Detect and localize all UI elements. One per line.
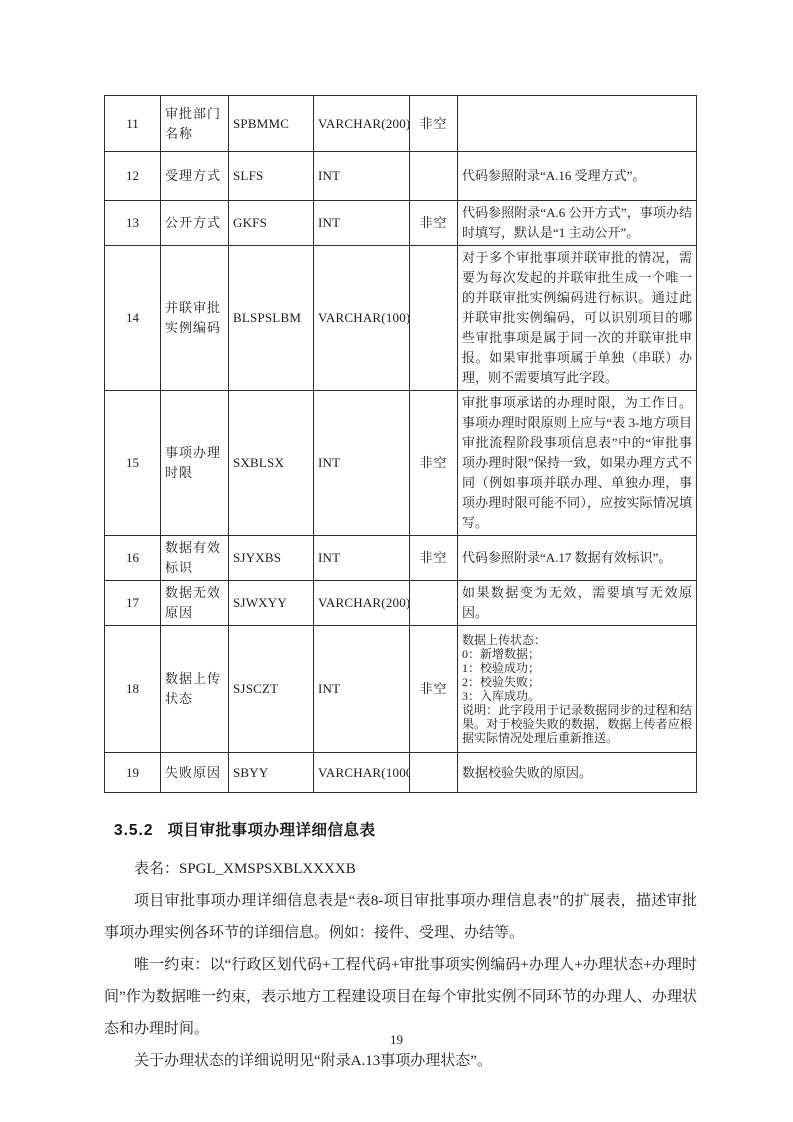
field-description [458, 96, 697, 152]
field-name: 事项办理时限 [161, 391, 229, 536]
field-required: 非空 [410, 626, 458, 753]
field-description: 对于多个审批事项并联审批的情况，需要为每次发起的并联审批生成一个唯一的并联审批实… [458, 246, 697, 391]
table-row: 18 数据上传状态 SJSCZT INT 非空 数据上传状态： 0：新增数据； … [105, 626, 697, 753]
field-description: 代码参照附录“A.16 受理方式”。 [458, 152, 697, 201]
field-name: 公开方式 [161, 201, 229, 246]
field-code: SXBLSX [229, 391, 314, 536]
field-type: VARCHAR(200) [314, 581, 410, 626]
page-number: 19 [0, 1032, 793, 1048]
section-title: 项目审批事项办理详细信息表 [167, 822, 375, 839]
field-code: GKFS [229, 201, 314, 246]
field-name: 并联审批实例编码 [161, 246, 229, 391]
page-content: 11 审批部门名称 SPBMMC VARCHAR(200) 非空 12 受理方式… [104, 95, 697, 1077]
field-type: INT [314, 201, 410, 246]
field-required: 非空 [410, 96, 458, 152]
field-name: 数据有效标识 [161, 536, 229, 581]
paragraph: 关于办理状态的详细说明见“附录A.13事项办理状态”。 [104, 1045, 697, 1077]
table-row: 11 审批部门名称 SPBMMC VARCHAR(200) 非空 [105, 96, 697, 152]
field-description: 审批事项承诺的办理时限，为工作日。事项办理时限原则上应与“表 3-地方项目审批流… [458, 391, 697, 536]
table-row: 17 数据无效原因 SJWXYY VARCHAR(200) 如果数据变为无效，需… [105, 581, 697, 626]
field-dictionary-table: 11 审批部门名称 SPBMMC VARCHAR(200) 非空 12 受理方式… [104, 95, 697, 793]
row-seq: 13 [105, 201, 161, 246]
row-seq: 11 [105, 96, 161, 152]
section-number: 3.5.2 [114, 822, 153, 839]
row-seq: 15 [105, 391, 161, 536]
field-required: 非空 [410, 201, 458, 246]
field-code: SLFS [229, 152, 314, 201]
field-description: 代码参照附录“A.17 数据有效标识”。 [458, 536, 697, 581]
field-name: 数据上传状态 [161, 626, 229, 753]
field-type: INT [314, 626, 410, 753]
document-page: { "table": { "rows": [ { "seq": "11", "n… [0, 0, 793, 1122]
row-seq: 14 [105, 246, 161, 391]
table-name-line: 表名：SPGL_XMSPSXBLXXXXB [104, 853, 697, 885]
field-description: 数据上传状态： 0：新增数据； 1：校验成功； 2：校验失败； 3：入库成功。 … [458, 626, 697, 753]
row-seq: 16 [105, 536, 161, 581]
table-row: 16 数据有效标识 SJYXBS INT 非空 代码参照附录“A.17 数据有效… [105, 536, 697, 581]
field-type: INT [314, 391, 410, 536]
field-code: SBYY [229, 753, 314, 793]
row-seq: 18 [105, 626, 161, 753]
field-type: INT [314, 536, 410, 581]
field-type: INT [314, 152, 410, 201]
field-code: SJYXBS [229, 536, 314, 581]
field-type: VARCHAR(200) [314, 96, 410, 152]
section-heading: 3.5.2项目审批事项办理详细信息表 [114, 818, 697, 840]
field-description: 如果数据变为无效，需要填写无效原因。 [458, 581, 697, 626]
field-description: 代码参照附录“A.6 公开方式”，事项办结时填写，默认是“1 主动公开”。 [458, 201, 697, 246]
field-code: SJSCZT [229, 626, 314, 753]
field-name: 审批部门名称 [161, 96, 229, 152]
field-code: BLSPSLBM [229, 246, 314, 391]
row-seq: 19 [105, 753, 161, 793]
field-required: 非空 [410, 536, 458, 581]
field-type: VARCHAR(100) [314, 246, 410, 391]
table-row: 12 受理方式 SLFS INT 代码参照附录“A.16 受理方式”。 [105, 152, 697, 201]
table-row: 19 失败原因 SBYY VARCHAR(1000) 数据校验失败的原因。 [105, 753, 697, 793]
field-required [410, 581, 458, 626]
paragraph: 项目审批事项办理详细信息表是“表8-项目审批事项办理信息表”的扩展表，描述审批事… [104, 885, 697, 949]
field-name: 数据无效原因 [161, 581, 229, 626]
field-name: 受理方式 [161, 152, 229, 201]
field-required [410, 753, 458, 793]
table-row: 15 事项办理时限 SXBLSX INT 非空 审批事项承诺的办理时限，为工作日… [105, 391, 697, 536]
field-name: 失败原因 [161, 753, 229, 793]
field-required [410, 246, 458, 391]
field-type: VARCHAR(1000) [314, 753, 410, 793]
field-code: SJWXYY [229, 581, 314, 626]
row-seq: 12 [105, 152, 161, 201]
row-seq: 17 [105, 581, 161, 626]
field-required [410, 152, 458, 201]
table-row: 13 公开方式 GKFS INT 非空 代码参照附录“A.6 公开方式”，事项办… [105, 201, 697, 246]
field-description: 数据校验失败的原因。 [458, 753, 697, 793]
paragraph: 唯一约束：以“行政区划代码+工程代码+审批事项实例编码+办理人+办理状态+办理时… [104, 949, 697, 1045]
field-code: SPBMMC [229, 96, 314, 152]
field-required: 非空 [410, 391, 458, 536]
table-row: 14 并联审批实例编码 BLSPSLBM VARCHAR(100) 对于多个审批… [105, 246, 697, 391]
